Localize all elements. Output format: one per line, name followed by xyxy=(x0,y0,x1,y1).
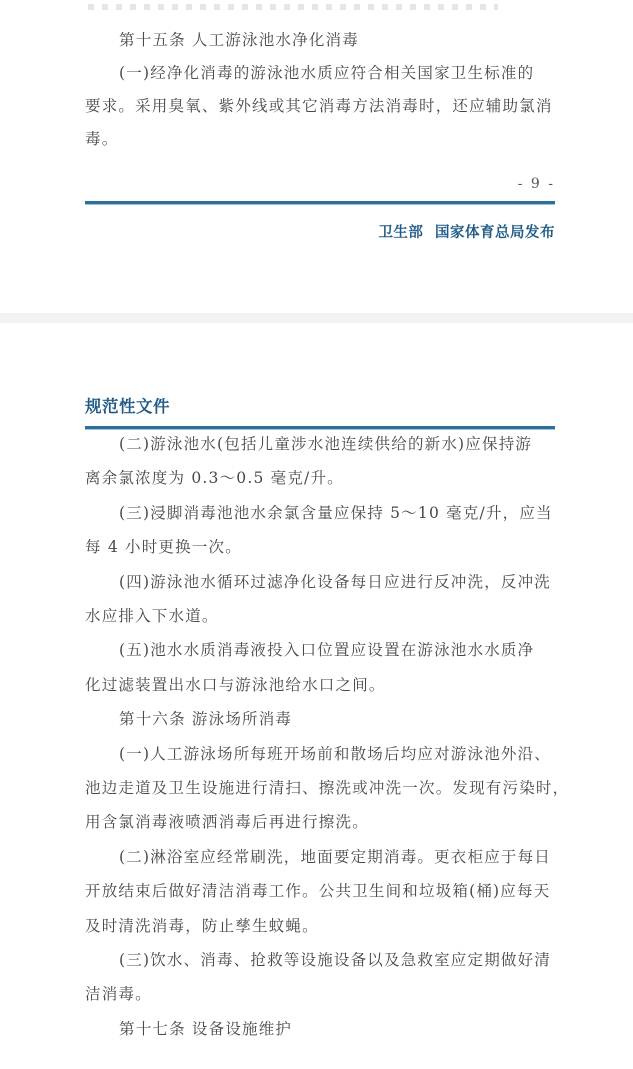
section-header: 规范性文件 xyxy=(85,393,170,417)
body-text-line: 化过滤装置出水口与游泳池给水口之间。 xyxy=(85,675,555,695)
body-text-line: (二)淋浴室应经常刷洗，地面要定期消毒。更衣柜应于每日 xyxy=(119,847,555,867)
body-text-line: 每 4 小时更换一次。 xyxy=(85,537,555,557)
article-15-title: 第十五条 人工游泳池水净化消毒 xyxy=(119,30,555,50)
body-text-line: 第十六条 游泳场所消毒 xyxy=(119,709,555,729)
body-text-line: 开放结束后做好清洁消毒工作。公共卫生间和垃圾箱(桶)应每天 xyxy=(85,881,555,901)
article-15-item1-line1: (一)经净化消毒的游泳池水质应符合相关国家卫生标准的 xyxy=(119,63,555,83)
body-text-line: (一)人工游泳场所每班开场前和散场后均应对游泳池外沿、 xyxy=(119,744,555,764)
body-text-line: (三)浸脚消毒池池水余氯含量应保持 5～10 毫克/升，应当 xyxy=(119,503,555,523)
body-text-line: 池边走道及卫生设施进行清扫、擦洗或冲洗一次。发现有污染时， xyxy=(85,778,555,798)
article-15-item1-line3: 毒。 xyxy=(85,129,555,149)
footer-rule xyxy=(85,201,555,205)
body-text-line: 离余氯浓度为 0.3～0.5 毫克/升。 xyxy=(85,468,555,488)
page-number: - 9 - xyxy=(518,176,555,192)
page-separator xyxy=(0,313,633,323)
header-rule xyxy=(85,426,555,430)
body-text-line: 及时清洗消毒，防止孳生蚊蝇。 xyxy=(85,916,555,936)
body-text-line: 第十七条 设备设施维护 xyxy=(119,1019,555,1039)
body-text-line: (三)饮水、消毒、抢救等设施设备以及急救室应定期做好清 xyxy=(119,950,555,970)
body-text-line: (二)游泳池水(包括儿童涉水池连续供给的新水)应保持游 xyxy=(119,434,555,454)
body-text-line: 洁消毒。 xyxy=(85,984,555,1004)
body-text-line: (五)池水水质消毒液投入口位置应设置在游泳池水水质净 xyxy=(119,640,555,660)
body-text-line: 用含氯消毒液喷洒消毒后再进行擦洗。 xyxy=(85,812,555,832)
body-text-line: (四)游泳池水循环过滤净化设备每日应进行反冲洗，反冲洗 xyxy=(119,572,555,592)
document-page-9: 第十五条 人工游泳池水净化消毒 (一)经净化消毒的游泳池水质应符合相关国家卫生标… xyxy=(0,0,633,313)
publisher-footer: 卫生部 国家体育总局发布 xyxy=(378,221,555,242)
body-text-line: 水应排入下水道。 xyxy=(85,606,555,626)
cut-off-text-line xyxy=(88,4,498,10)
article-15-item1-line2: 要求。采用臭氧、紫外线或其它消毒方法消毒时，还应辅助氯消 xyxy=(85,96,555,116)
